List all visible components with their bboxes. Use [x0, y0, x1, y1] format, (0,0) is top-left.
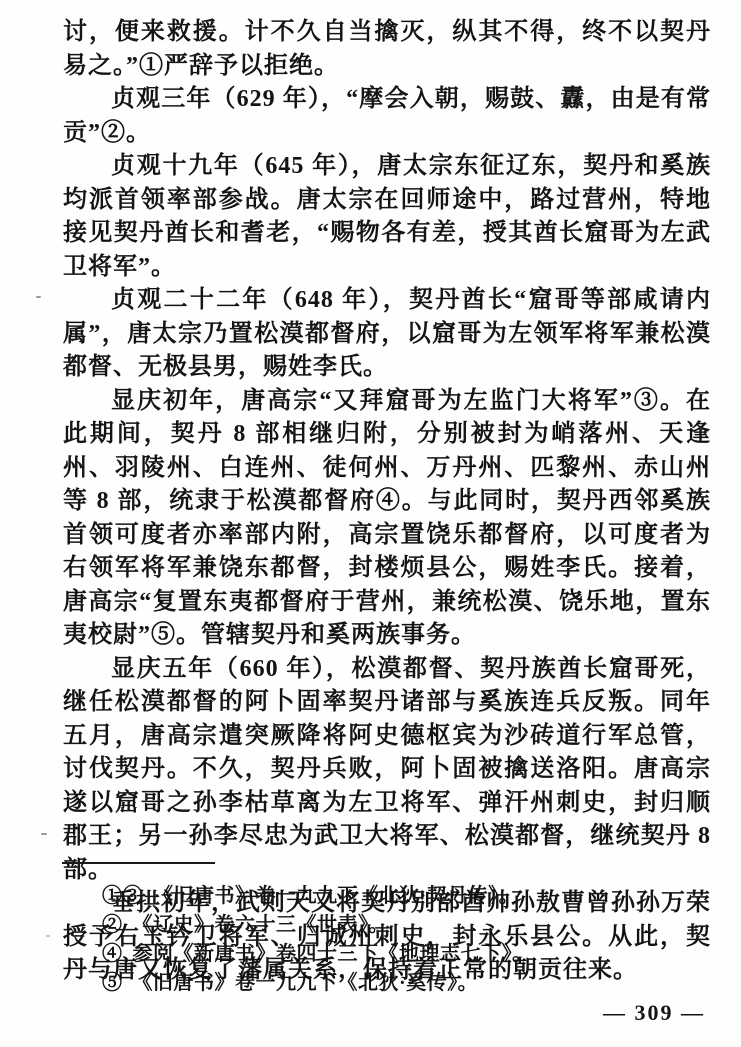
footnote-text: 《旧唐书》卷一九九下《北狄·奚传》。 — [133, 972, 479, 994]
scan-artifact — [41, 833, 47, 835]
footnote-marker: ⑤ — [102, 972, 123, 994]
paragraph: 讨，便来救援。计不久自当擒灭，纵其不得，终不以契丹易之。”①严辞予以拒绝。 — [63, 16, 711, 83]
footnotes: ①③《旧唐书》卷一九九下《北狄·契丹传》。②《辽史》卷六十三《世表》。④参阅《新… — [102, 882, 702, 998]
paragraph: 贞观二十二年（648 年），契丹酋长“窟哥等部咸请内属”，唐太宗乃置松漠都督府，… — [63, 284, 711, 385]
page-number: — 309 — — [603, 1000, 705, 1026]
paragraph: 显庆五年（660 年），松漠都督、契丹族酋长窟哥死，继任松漠都督的阿卜固率契丹诸… — [63, 653, 711, 888]
footnote: ①③《旧唐书》卷一九九下《北狄·契丹传》。 — [102, 882, 702, 911]
footnote-divider — [62, 862, 215, 864]
footnote-marker: ② — [102, 914, 123, 936]
paragraph: 贞观十九年（645 年），唐太宗东征辽东，契丹和奚族均派首领率部参战。唐太宗在回… — [63, 150, 711, 284]
footnote: ⑤《旧唐书》卷一九九下《北狄·奚传》。 — [102, 969, 702, 998]
book-page: 讨，便来救援。计不久自当擒灭，纵其不得，终不以契丹易之。”①严辞予以拒绝。贞观三… — [0, 0, 741, 1047]
footnote: ②《辽史》卷六十三《世表》。 — [102, 911, 702, 940]
footnote-text: 参阅《新唐书》卷四十三下《地理志七下》。 — [133, 943, 533, 965]
body-text: 讨，便来救援。计不久自当擒灭，纵其不得，终不以契丹易之。”①严辞予以拒绝。贞观三… — [63, 16, 711, 988]
footnote: ④参阅《新唐书》卷四十三下《地理志七下》。 — [102, 940, 702, 969]
scan-artifact — [46, 935, 50, 937]
footnote-marker: ①③ — [102, 885, 143, 907]
scan-artifact — [36, 296, 41, 298]
paragraph: 贞观三年（629 年），“摩会入朝，赐鼓、纛，由是有常贡”②。 — [63, 83, 711, 150]
footnote-text: 《旧唐书》卷一九九下《北狄·契丹传》。 — [153, 885, 519, 907]
paragraph: 显庆初年，唐高宗“又拜窟哥为左监门大将军”③。在此期间，契丹 8 部相继归附，分… — [63, 385, 711, 653]
footnote-marker: ④ — [102, 943, 123, 965]
footnote-text: 《辽史》卷六十三《世表》。 — [133, 914, 390, 936]
